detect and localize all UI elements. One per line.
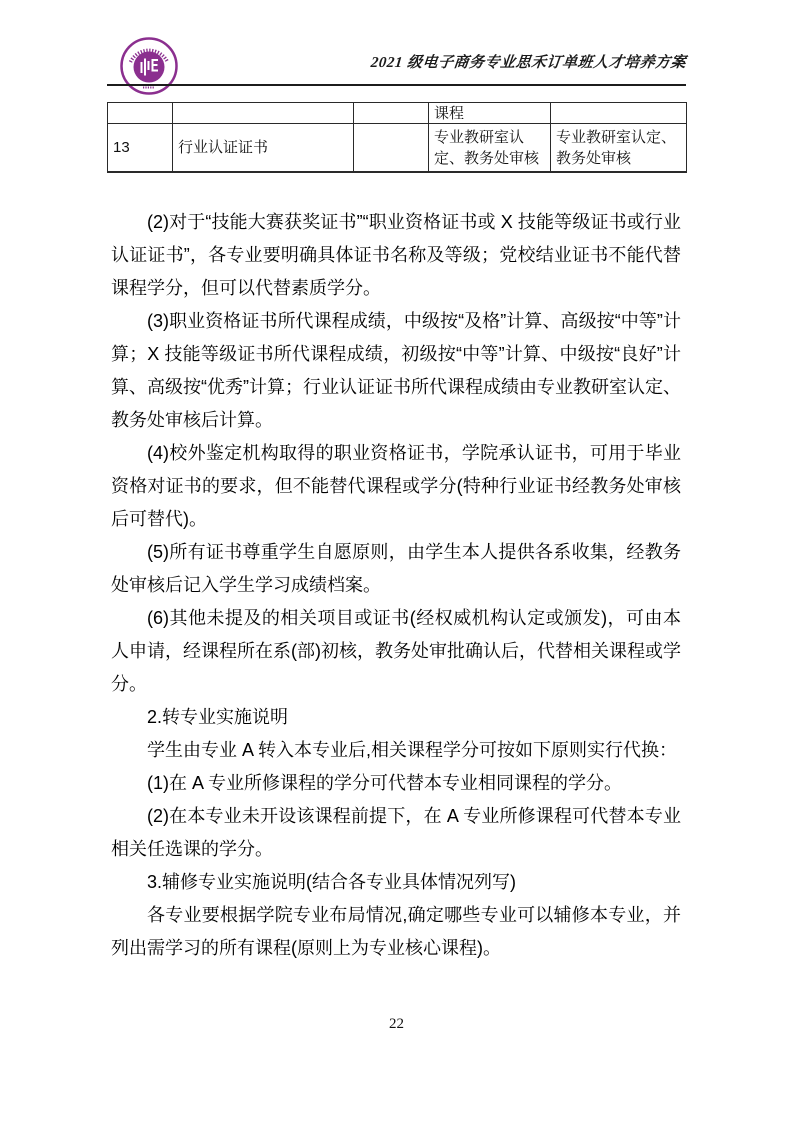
body-paragraph: 各专业要根据学院专业布局情况,确定哪些专业可以辅修本专业，并列出需学习的所有课程… <box>111 899 681 965</box>
college-seal-logo <box>119 36 179 96</box>
body-paragraph: (5)所有证书尊重学生自愿原则，由学生本人提供各系收集，经教务处审核后记入学生学… <box>111 536 681 602</box>
table-cell-name <box>173 103 354 124</box>
page-number: 22 <box>0 1016 793 1033</box>
table-cell-review <box>551 103 687 124</box>
table-cell-blank <box>354 124 429 173</box>
table-cell-name: 行业认证证书 <box>173 124 354 173</box>
body-paragraph: (2)对于“技能大赛获奖证书”“职业资格证书或 X 技能等级证书或行业认证证书”… <box>111 206 681 305</box>
table-cell-index <box>108 103 173 124</box>
body-paragraph: (3)职业资格证书所代课程成绩，中级按“及格”计算、高级按“中等”计算；X 技能… <box>111 305 681 437</box>
body-paragraph: (2)在本专业未开设该课程前提下，在 A 专业所修课程可代替本专业相关任选课的学… <box>111 800 681 866</box>
table-cell-course: 专业教研室认定、教务处审核 <box>429 124 551 173</box>
table-cell-course: 课程 <box>429 103 551 124</box>
table-row-partial: 课程 <box>108 103 687 124</box>
certificates-table: 课程 13 行业认证证书 专业教研室认定、教务处审核 专业教研室认定、教务处审核 <box>107 102 687 173</box>
document-page: 2021 级电子商务专业思禾订单班人才培养方案 课程 13 行业认证证书 专业教… <box>0 0 793 1122</box>
body-paragraph: (1)在 A 专业所修课程的学分可代替本专业相同课程的学分。 <box>111 767 681 800</box>
header-title: 2021 级电子商务专业思禾订单班人才培养方案 <box>370 51 687 72</box>
table-cell-index: 13 <box>108 124 173 173</box>
body-paragraph: 学生由专业 A 转入本专业后,相关课程学分可按如下原则实行代换： <box>111 734 681 767</box>
header-rule <box>107 84 686 86</box>
table-cell-blank <box>354 103 429 124</box>
document-body: (2)对于“技能大赛获奖证书”“职业资格证书或 X 技能等级证书或行业认证证书”… <box>111 206 681 965</box>
body-paragraph: (4)校外鉴定机构取得的职业资格证书，学院承认证书，可用于毕业资格对证书的要求，… <box>111 437 681 536</box>
body-paragraph: (6)其他未提及的相关项目或证书(经权威机构认定或颁发)，可由本人申请，经课程所… <box>111 602 681 701</box>
table-cell-review: 专业教研室认定、教务处审核 <box>551 124 687 173</box>
table-row: 13 行业认证证书 专业教研室认定、教务处审核 专业教研室认定、教务处审核 <box>108 124 687 173</box>
body-section-heading: 3.辅修专业实施说明(结合各专业具体情况列写) <box>111 866 681 899</box>
body-section-heading: 2.转专业实施说明 <box>111 701 681 734</box>
